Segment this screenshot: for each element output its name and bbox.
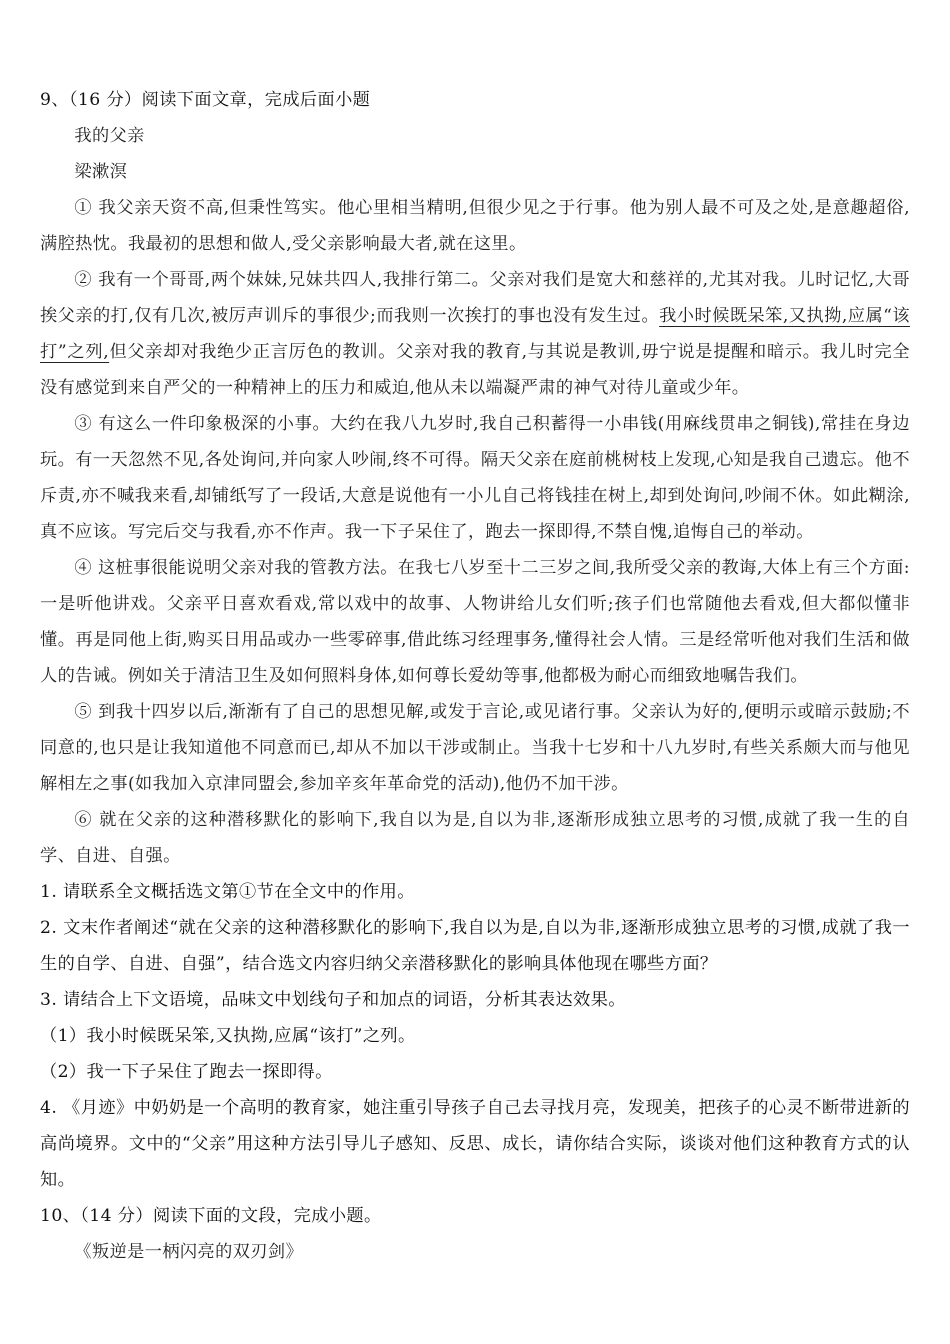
text-segment: 但父亲却对我绝少正言厉色的教训。父亲对我的教育,与其说是教训,毋宁说是提醒和暗示… bbox=[40, 342, 910, 398]
question-3: 3. 请结合上下文语境，品味文中划线句子和加点的词语，分析其表达效果。 bbox=[40, 982, 910, 1018]
text-segment: 《叛逆是一柄闪亮的双刃剑》 bbox=[74, 1242, 303, 1262]
question-4: 4. 《月迹》中奶奶是一个高明的教育家，她注重引导孩子自己去寻找月亮，发现美，把… bbox=[40, 1090, 910, 1198]
text-segment: （2）我一下子呆住了跑去一探即得。 bbox=[40, 1062, 333, 1082]
exam-page: 9、（16 分）阅读下面文章，完成后面小题我的父亲梁漱溟① 我父亲天资不高,但秉… bbox=[0, 0, 950, 1344]
text-segment: （1）我小时候既呆笨,又执拗,应属“该打”之列。 bbox=[40, 1026, 416, 1046]
passage-author: 梁漱溟 bbox=[40, 154, 910, 190]
text-segment: 9、（16 分）阅读下面文章，完成后面小题 bbox=[40, 90, 370, 110]
passage-paragraph-4: ④ 这桩事很能说明父亲对我的管教方法。在我七八岁至十二三岁之间,我所受父亲的教诲… bbox=[40, 550, 910, 694]
passage-paragraph-5: ⑤ 到我十四岁以后,渐渐有了自己的思想见解,或发于言论,或见诸行事。父亲认为好的… bbox=[40, 694, 910, 802]
text-segment: 3. 请结合上下文语境，品味文中划线句子和加点的词语，分析其表达效果。 bbox=[40, 990, 626, 1010]
text-segment: ④ 这桩事很能说明父亲对我的管教方法。在我七八岁至十二三岁之间,我所受父亲的教诲… bbox=[40, 558, 910, 686]
question-2: 2. 文末作者阐述“就在父亲的这种潜移默化的影响下,我自以为是,自以为非,逐渐形… bbox=[40, 910, 910, 982]
question-9-header: 9、（16 分）阅读下面文章，完成后面小题 bbox=[40, 82, 910, 118]
text-segment: ⑥ 就在父亲的这种潜移默化的影响下,我自以为是,自以为非,逐渐形成独立思考的习惯… bbox=[40, 810, 910, 866]
text-segment: 1. 请联系全文概括选文第①节在全文中的作用。 bbox=[40, 882, 415, 902]
question-10-header: 10、（14 分）阅读下面的文段，完成小题。 bbox=[40, 1198, 910, 1234]
question-3-sub-1: （1）我小时候既呆笨,又执拗,应属“该打”之列。 bbox=[40, 1018, 910, 1054]
text-segment: 我的父亲 bbox=[74, 126, 144, 146]
question-1: 1. 请联系全文概括选文第①节在全文中的作用。 bbox=[40, 874, 910, 910]
passage-2-title: 《叛逆是一柄闪亮的双刃剑》 bbox=[40, 1234, 910, 1270]
passage-title: 我的父亲 bbox=[40, 118, 910, 154]
passage-paragraph-6: ⑥ 就在父亲的这种潜移默化的影响下,我自以为是,自以为非,逐渐形成独立思考的习惯… bbox=[40, 802, 910, 874]
text-segment: 2. 文末作者阐述“就在父亲的这种潜移默化的影响下,我自以为是,自以为非,逐渐形… bbox=[40, 918, 910, 974]
text-segment: ⑤ 到我十四岁以后,渐渐有了自己的思想见解,或发于言论,或见诸行事。父亲认为好的… bbox=[40, 702, 910, 794]
passage-paragraph-1: ① 我父亲天资不高,但秉性笃实。他心里相当精明,但很少见之于行事。他为别人最不可… bbox=[40, 190, 910, 262]
text-segment: ③ 有这么一件印象极深的小事。大约在我八九岁时,我自己积蓄得一小串钱(用麻线贯串… bbox=[40, 414, 910, 542]
text-segment: 梁漱溟 bbox=[74, 162, 127, 182]
passage-paragraph-2: ② 我有一个哥哥,两个妹妹,兄妹共四人,我排行第二。父亲对我们是宽大和慈祥的,尤… bbox=[40, 262, 910, 406]
passage-paragraph-3: ③ 有这么一件印象极深的小事。大约在我八九岁时,我自己积蓄得一小串钱(用麻线贯串… bbox=[40, 406, 910, 550]
text-segment: ① 我父亲天资不高,但秉性笃实。他心里相当精明,但很少见之于行事。他为别人最不可… bbox=[40, 198, 910, 254]
question-3-sub-2: （2）我一下子呆住了跑去一探即得。 bbox=[40, 1054, 910, 1090]
text-segment: 4. 《月迹》中奶奶是一个高明的教育家，她注重引导孩子自己去寻找月亮，发现美，把… bbox=[40, 1098, 910, 1190]
text-segment: 10、（14 分）阅读下面的文段，完成小题。 bbox=[40, 1206, 382, 1226]
document-body: 9、（16 分）阅读下面文章，完成后面小题我的父亲梁漱溟① 我父亲天资不高,但秉… bbox=[40, 82, 910, 1270]
